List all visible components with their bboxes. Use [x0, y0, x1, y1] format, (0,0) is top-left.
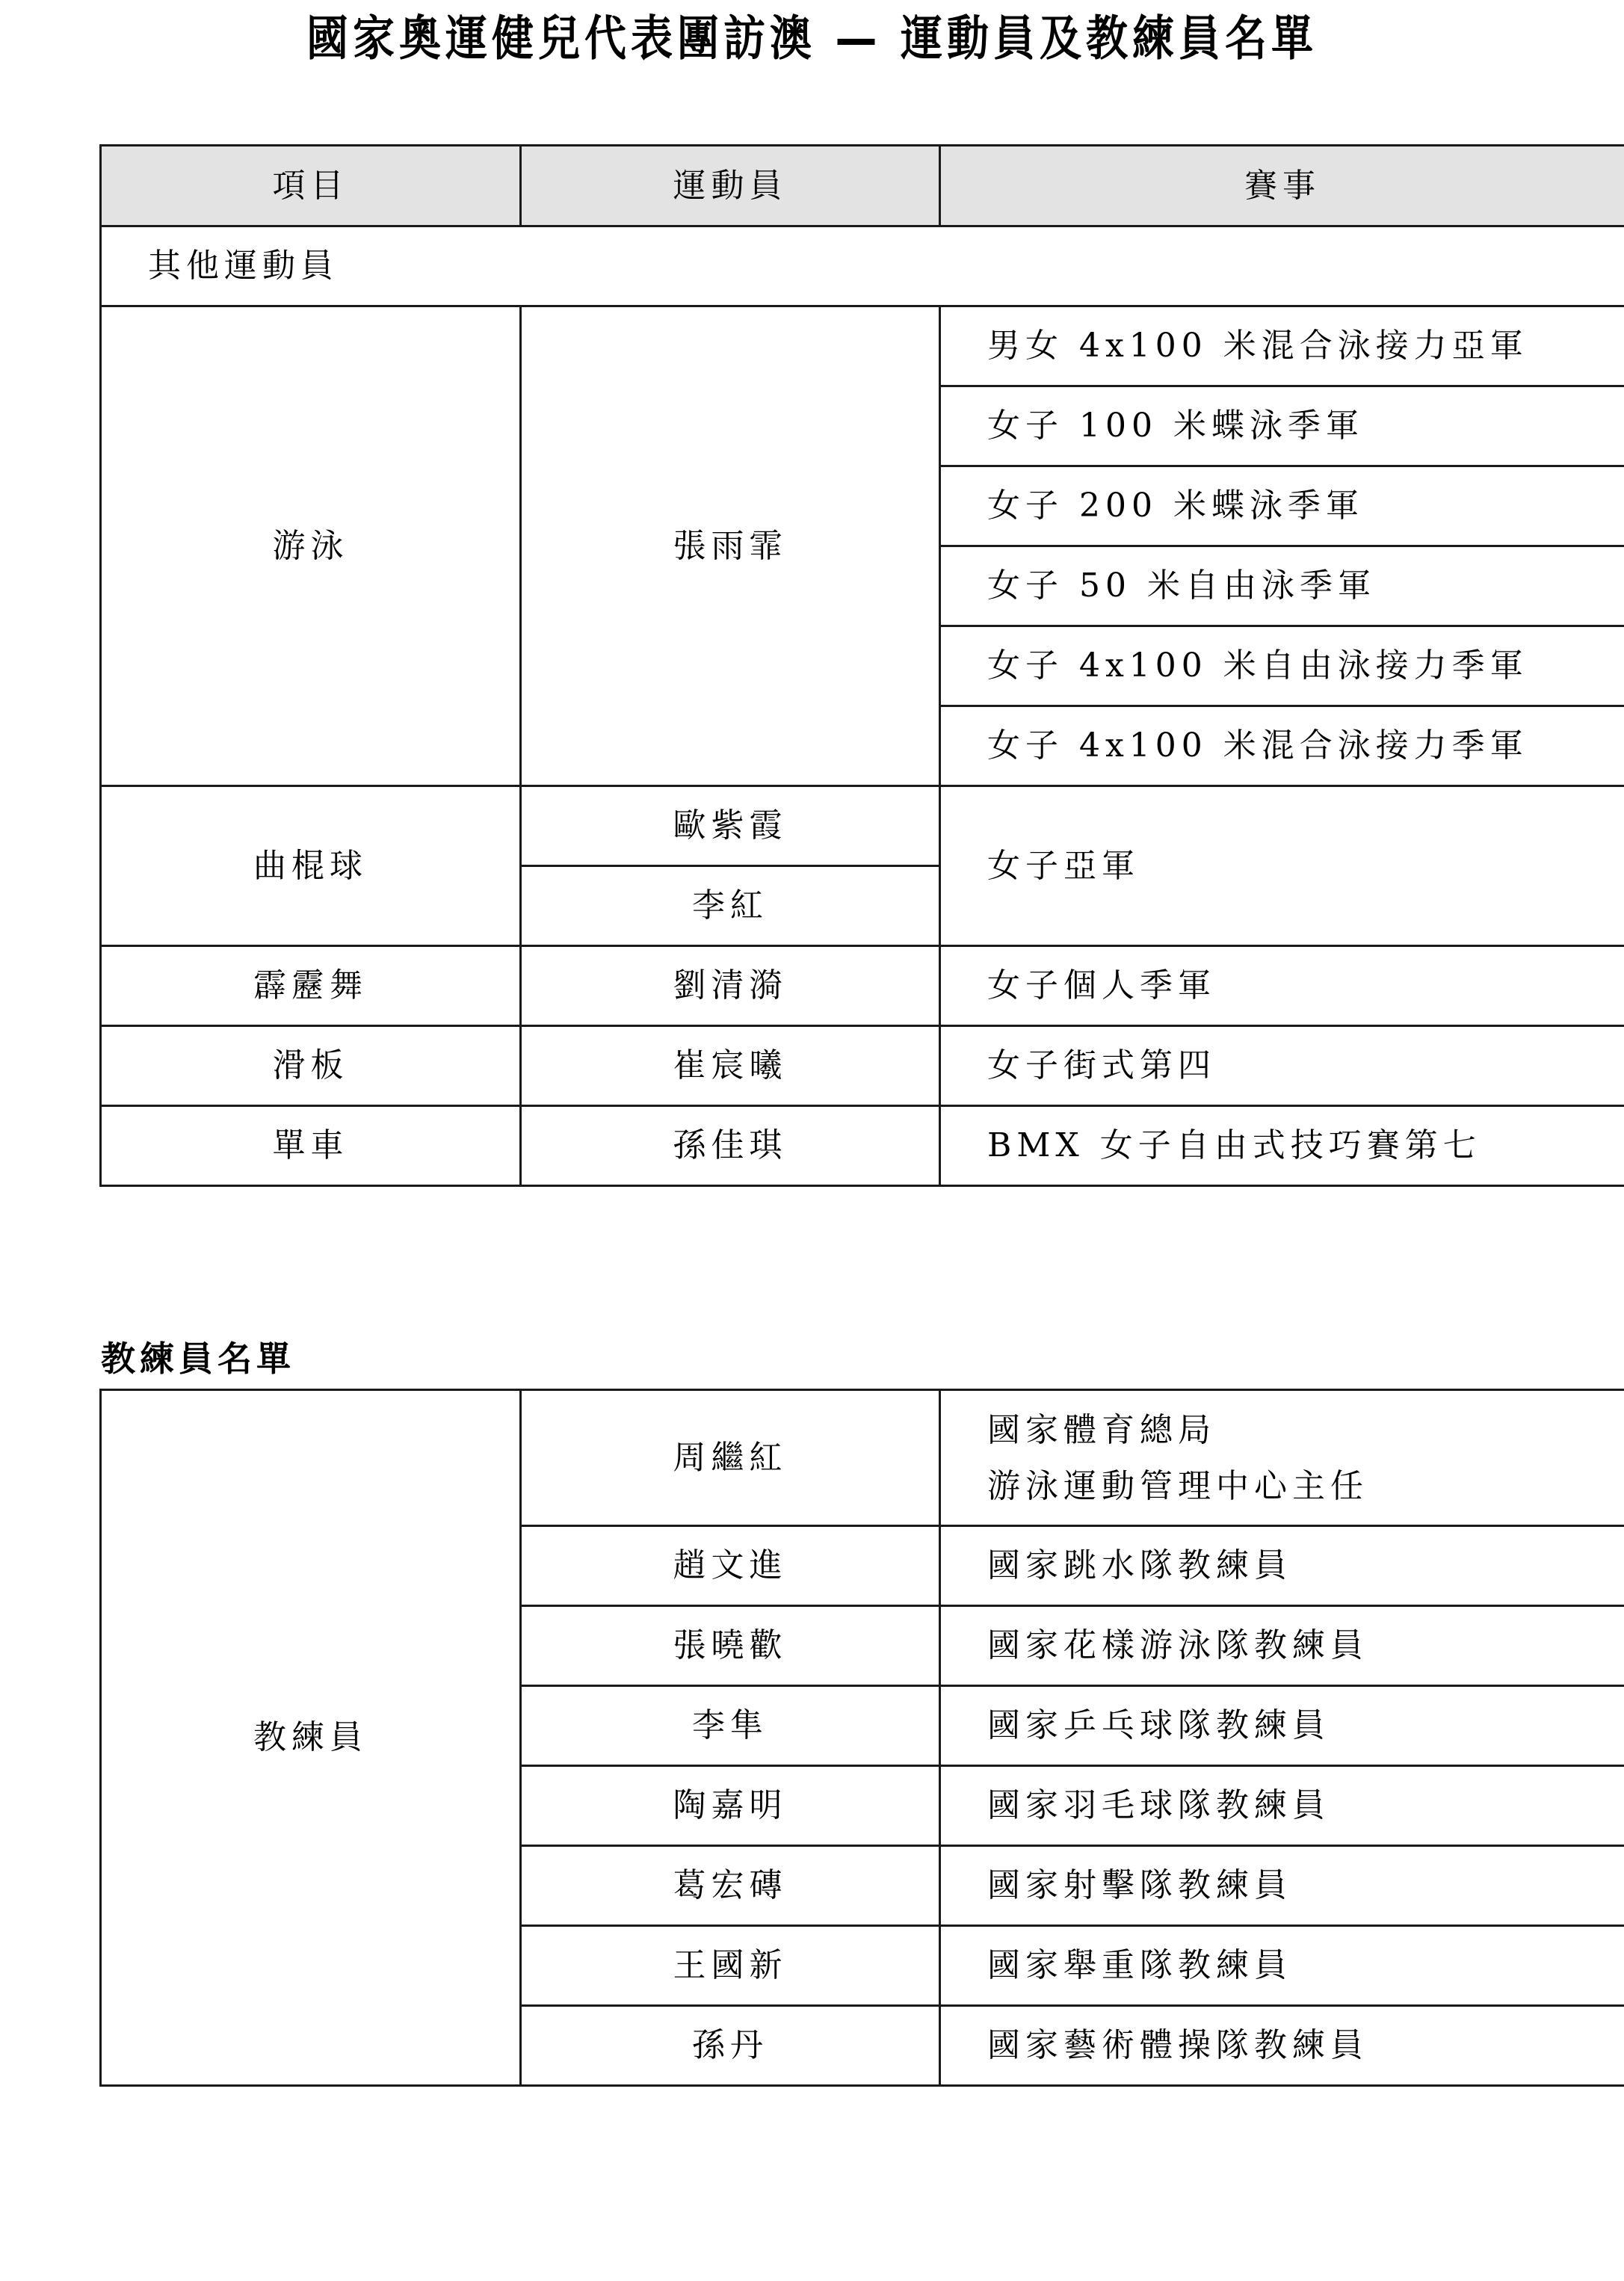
section-row: 其他運動員 — [101, 226, 1624, 306]
event-cell: 女子 100 米蝶泳季軍 — [940, 386, 1624, 466]
athlete-cell: 劉清漪 — [521, 946, 940, 1026]
athlete-cell: 歐紫霞 — [521, 786, 940, 866]
event-cell: 女子 4x100 米混合泳接力季軍 — [940, 706, 1624, 786]
coach-name-cell: 張曉歡 — [521, 1606, 940, 1686]
coach-role-cell: 國家射擊隊教練員 — [940, 1846, 1624, 1926]
athlete-cell: 崔宸曦 — [521, 1026, 940, 1106]
table-header-row: 項目 運動員 賽事 — [101, 146, 1624, 226]
sport-cell: 滑板 — [101, 1026, 521, 1106]
section-label: 其他運動員 — [101, 226, 1624, 306]
table-row: 曲棍球 歐紫霞 女子亞軍 — [101, 786, 1624, 866]
sport-cell: 霹靂舞 — [101, 946, 521, 1026]
coaches-table: 教練員 周繼紅 國家體育總局 游泳運動管理中心主任 趙文進 國家跳水隊教練員 張… — [99, 1389, 1624, 2087]
event-cell: 女子個人季軍 — [940, 946, 1624, 1026]
event-cell: 女子 200 米蝶泳季軍 — [940, 466, 1624, 546]
event-cell: 女子亞軍 — [940, 786, 1624, 946]
coach-name-cell: 葛宏磚 — [521, 1846, 940, 1926]
event-cell: 女子 50 米自由泳季軍 — [940, 546, 1624, 626]
table-row: 單車 孫佳琪 BMX 女子自由式技巧賽第七 — [101, 1106, 1624, 1186]
coach-role-line: 國家體育總局 — [987, 1402, 1624, 1458]
document-title: 國家奧運健兒代表團訪澳 — 運動員及教練員名單 — [0, 10, 1624, 70]
sport-cell: 曲棍球 — [101, 786, 521, 946]
coach-role-cell: 國家羽毛球隊教練員 — [940, 1766, 1624, 1846]
coach-role-cell: 國家體育總局 游泳運動管理中心主任 — [940, 1390, 1624, 1526]
athlete-cell: 張雨霏 — [521, 306, 940, 786]
table-row: 教練員 周繼紅 國家體育總局 游泳運動管理中心主任 — [101, 1390, 1624, 1526]
table-row: 滑板 崔宸曦 女子街式第四 — [101, 1026, 1624, 1106]
coach-name-cell: 李隼 — [521, 1686, 940, 1766]
event-cell: 女子 4x100 米自由泳接力季軍 — [940, 626, 1624, 706]
event-cell: BMX 女子自由式技巧賽第七 — [940, 1106, 1624, 1186]
event-cell: 女子街式第四 — [940, 1026, 1624, 1106]
athletes-table: 項目 運動員 賽事 其他運動員 游泳 張雨霏 男女 4x100 米混合泳接力亞軍… — [99, 144, 1624, 1187]
coach-name-cell: 周繼紅 — [521, 1390, 940, 1526]
coach-role-cell: 國家藝術體操隊教練員 — [940, 2006, 1624, 2086]
coach-name-cell: 孫丹 — [521, 2006, 940, 2086]
coach-role-line: 游泳運動管理中心主任 — [987, 1458, 1624, 1514]
table-row: 游泳 張雨霏 男女 4x100 米混合泳接力亞軍 — [101, 306, 1624, 386]
coach-role-cell: 國家跳水隊教練員 — [940, 1526, 1624, 1606]
athlete-cell: 李紅 — [521, 866, 940, 946]
header-athlete: 運動員 — [521, 146, 940, 226]
coach-name-cell: 陶嘉明 — [521, 1766, 940, 1846]
header-sport: 項目 — [101, 146, 521, 226]
header-event: 賽事 — [940, 146, 1624, 226]
coach-role-cell: 國家舉重隊教練員 — [940, 1926, 1624, 2006]
coach-name-cell: 王國新 — [521, 1926, 940, 2006]
event-cell: 男女 4x100 米混合泳接力亞軍 — [940, 306, 1624, 386]
coach-role-cell: 國家乒乓球隊教練員 — [940, 1686, 1624, 1766]
sport-cell: 游泳 — [101, 306, 521, 786]
coach-name-cell: 趙文進 — [521, 1526, 940, 1606]
athlete-cell: 孫佳琪 — [521, 1106, 940, 1186]
table-row: 霹靂舞 劉清漪 女子個人季軍 — [101, 946, 1624, 1026]
coach-role-cell: 國家花樣游泳隊教練員 — [940, 1606, 1624, 1686]
sport-cell: 單車 — [101, 1106, 521, 1186]
category-cell: 教練員 — [101, 1390, 521, 2086]
coaches-section-title: 教練員名單 — [101, 1336, 295, 1381]
